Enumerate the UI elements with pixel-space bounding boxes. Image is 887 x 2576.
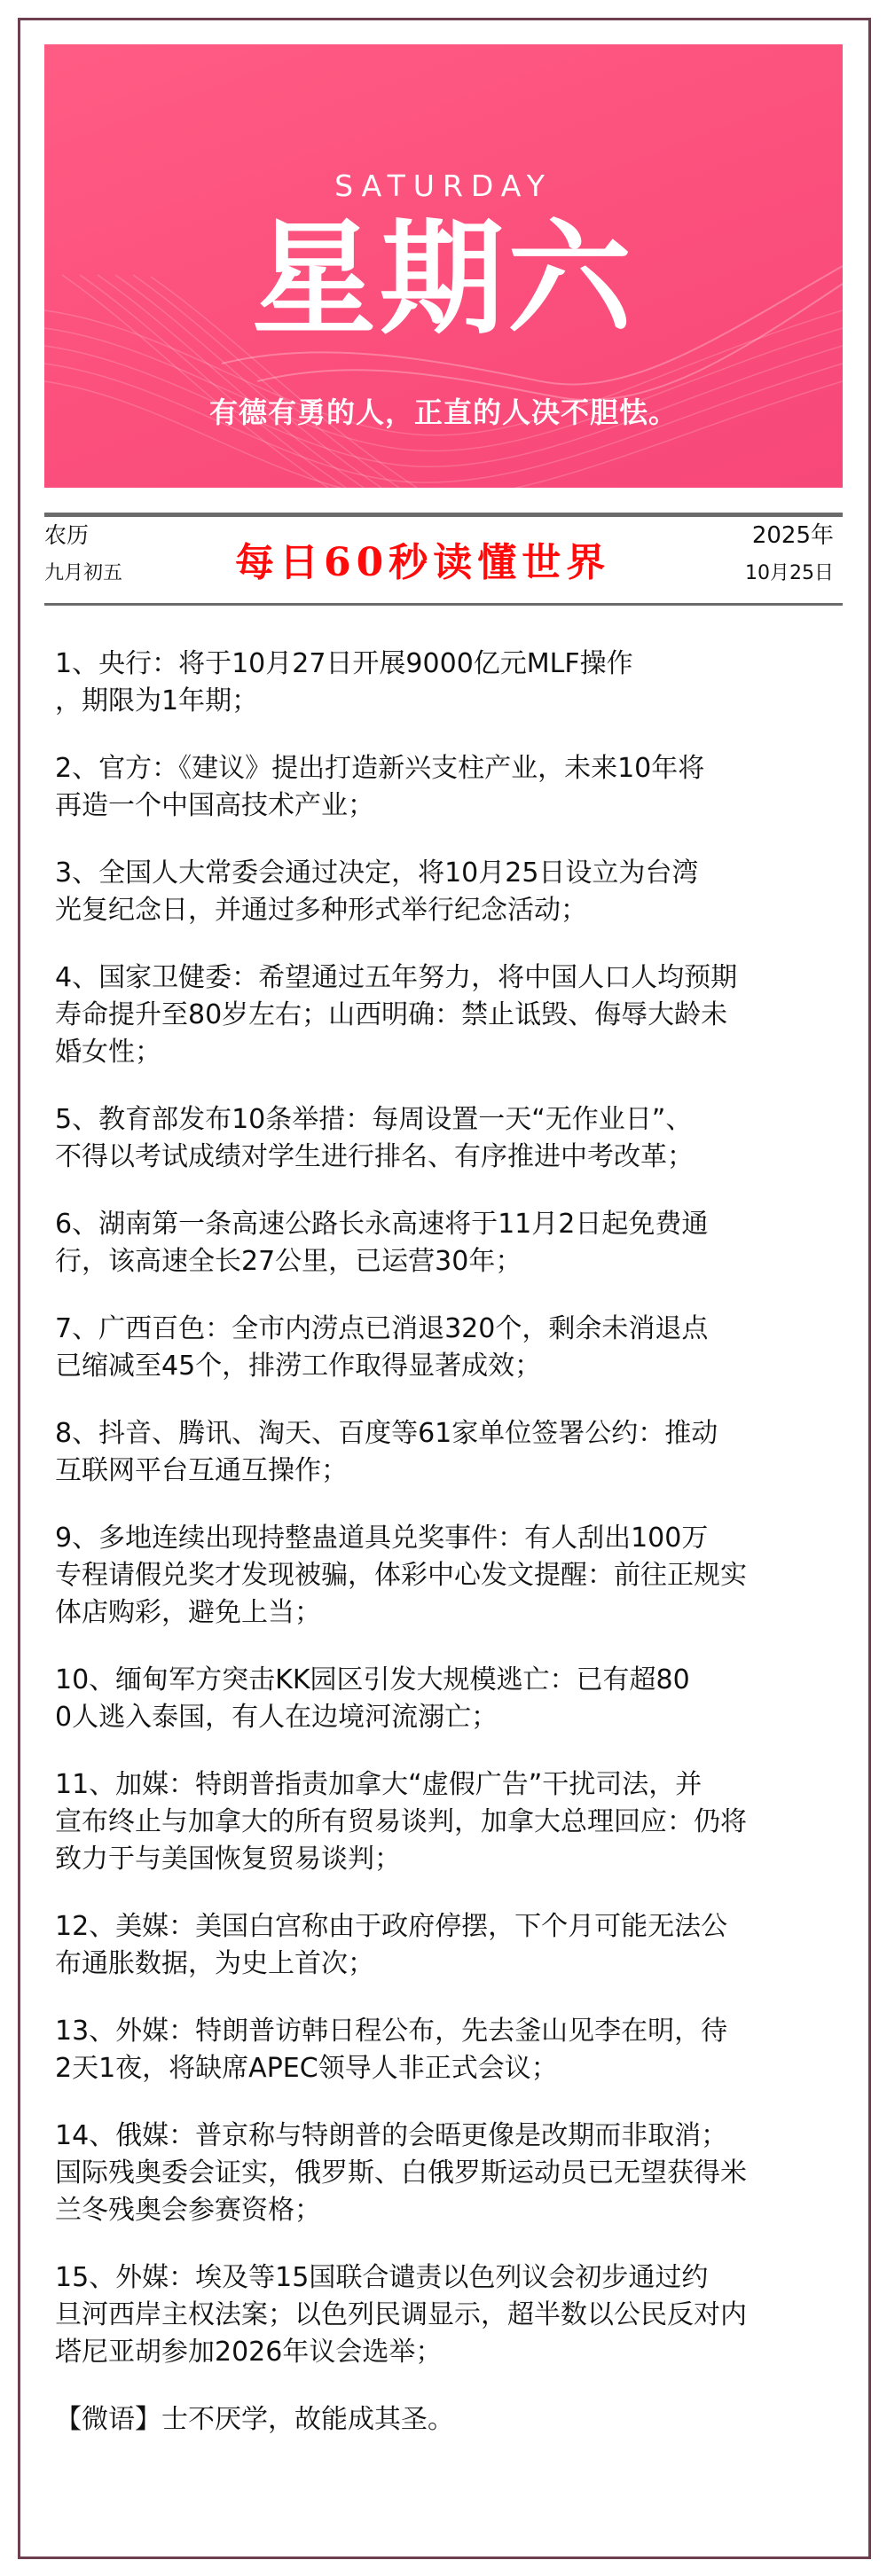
news-line: 15、外媒：埃及等15国联合谴责以色列议会初步通过约 [55,2259,880,2297]
news-line: 不得以考试成绩对学生进行排名、有序推进中考改革； [55,1139,880,1176]
news-line: 2天1夜，将缺席APEC领导人非正式会议； [55,2050,880,2087]
news-line: 行，该高速全长27公里，已运营30年； [55,1243,880,1280]
date-header: 农历 九月初五 每日60秒读懂世界 2025年 10月25日 [44,513,843,606]
news-line: 兰冬残奥会参赛资格； [55,2192,880,2229]
news-item-4: 4、国家卫健委：希望通过五年努力，将中国人口人均预期 寿命提升至80岁左右；山西… [55,959,880,1071]
news-line: 13、外媒：特朗普访韩日程公布，先去釜山见李在明，待 [55,2013,880,2050]
news-line: 旦河西岸主权法案；以色列民调显示，超半数以公民反对内 [55,2297,880,2334]
news-line: 专程请假兑奖才发现被骗，体彩中心发文提醒：前往正规实 [55,1557,880,1594]
news-line: 再造一个中国高技术产业； [55,787,880,825]
news-line: 2、官方：《建议》提出打造新兴支柱产业，未来10年将 [55,750,880,787]
news-line: 9、多地连续出现持整蛊道具兑奖事件：有人刮出100万 [55,1520,880,1557]
news-item-7: 7、广西百色：全市内涝点已消退320个，剩余未消退点 已缩减至45个，排涝工作取… [55,1311,880,1385]
news-line: 0人逃入泰国，有人在边境河流溺亡； [55,1699,880,1736]
news-item-2: 2、官方：《建议》提出打造新兴支柱产业，未来10年将 再造一个中国高技术产业； [55,750,880,825]
date-label: 10月25日 [745,561,834,586]
news-line: 婚女性； [55,1034,880,1071]
news-item-8: 8、抖音、腾讯、淘天、百度等61家单位签署公约：推动 互联网平台互通互操作； [55,1415,880,1490]
news-line: 14、俄媒：普京称与特朗普的会晤更像是改期而非取消； [55,2118,880,2155]
news-line: 互联网平台互通互操作； [55,1452,880,1490]
news-line: ，期限为1年期； [55,683,880,720]
news-line: 国际残奥委会证实，俄罗斯、白俄罗斯运动员已无望获得米 [55,2155,880,2192]
news-line: 致力于与美国恢复贸易谈判； [55,1841,880,1878]
news-line: 塔尼亚胡参加2026年议会选举； [55,2334,880,2371]
news-line: 体店购彩，避免上当； [55,1594,880,1632]
news-line: 8、抖音、腾讯、淘天、百度等61家单位签署公约：推动 [55,1415,880,1452]
news-item-12: 12、美媒：美国白宫称由于政府停摆，下个月可能无法公 布通胀数据，为史上首次； [55,1908,880,1983]
news-line: 3、全国人大常委会通过决定，将10月25日设立为台湾 [55,855,880,892]
lunar-date: 九月初五 [44,561,122,586]
news-item-14: 14、俄媒：普京称与特朗普的会晤更像是改期而非取消； 国际残奥委会证实，俄罗斯、… [55,2118,880,2229]
news-line: 光复纪念日，并通过多种形式举行纪念活动； [55,892,880,929]
news-line: 12、美媒：美国白宫称由于政府停摆，下个月可能无法公 [55,1908,880,1946]
news-list: 1、央行：将于10月27日开展9000亿元MLF操作 ，期限为1年期； 2、官方… [55,646,880,2439]
daily-motto: 有德有勇的人，正直的人决不胆怯。 [44,390,843,431]
news-line: 已缩减至45个，排涝工作取得显著成效； [55,1348,880,1385]
news-item-6: 6、湖南第一条高速公路长永高速将于11月2日起免费通 行，该高速全长27公里，已… [55,1206,880,1280]
news-line: 11、加媒：特朗普指责加拿大“虚假广告”干扰司法，并 [55,1766,880,1804]
news-line: 布通胀数据，为史上首次； [55,1946,880,1983]
news-item-9: 9、多地连续出现持整蛊道具兑奖事件：有人刮出100万 专程请假兑奖才发现被骗，体… [55,1520,880,1632]
news-item-11: 11、加媒：特朗普指责加拿大“虚假广告”干扰司法，并 宣布终止与加拿大的所有贸易… [55,1766,880,1878]
news-line: 10、缅甸军方突击KK园区引发大规模逃亡：已有超80 [55,1662,880,1699]
news-item-1: 1、央行：将于10月27日开展9000亿元MLF操作 ，期限为1年期； [55,646,880,720]
news-line: 6、湖南第一条高速公路长永高速将于11月2日起免费通 [55,1206,880,1243]
day-english: SATURDAY [44,168,843,203]
news-item-13: 13、外媒：特朗普访韩日程公布，先去釜山见李在明，待 2天1夜，将缺席APEC领… [55,2013,880,2087]
day-chinese: 星期六 [44,204,843,355]
lunar-label: 农历 [44,522,89,549]
news-line: 宣布终止与加拿大的所有贸易谈判，加拿大总理回应：仍将 [55,1804,880,1841]
news-line: 7、广西百色：全市内涝点已消退320个，剩余未消退点 [55,1311,880,1348]
day-banner: SATURDAY 星期六 有德有勇的人，正直的人决不胆怯。 [44,44,843,488]
news-item-15: 15、外媒：埃及等15国联合谴责以色列议会初步通过约 旦河西岸主权法案；以色列民… [55,2259,880,2371]
news-item-5: 5、教育部发布10条举措：每周设置一天“无作业日”、 不得以考试成绩对学生进行排… [55,1101,880,1176]
news-item-3: 3、全国人大常委会通过决定，将10月25日设立为台湾 光复纪念日，并通过多种形式… [55,855,880,929]
news-item-10: 10、缅甸军方突击KK园区引发大规模逃亡：已有超80 0人逃入泰国，有人在边境河… [55,1662,880,1736]
daily-quote: 【微语】士不厌学，故能成其圣。 [55,2401,880,2439]
news-line: 寿命提升至80岁左右；山西明确：禁止诋毁、侮辱大龄未 [55,997,880,1034]
year-label: 2025年 [752,522,834,549]
news-line: 1、央行：将于10月27日开展9000亿元MLF操作 [55,646,880,683]
page-title: 每日60秒读懂世界 [235,540,610,586]
news-line: 4、国家卫健委：希望通过五年努力，将中国人口人均预期 [55,959,880,997]
news-line: 5、教育部发布10条举措：每周设置一天“无作业日”、 [55,1101,880,1139]
